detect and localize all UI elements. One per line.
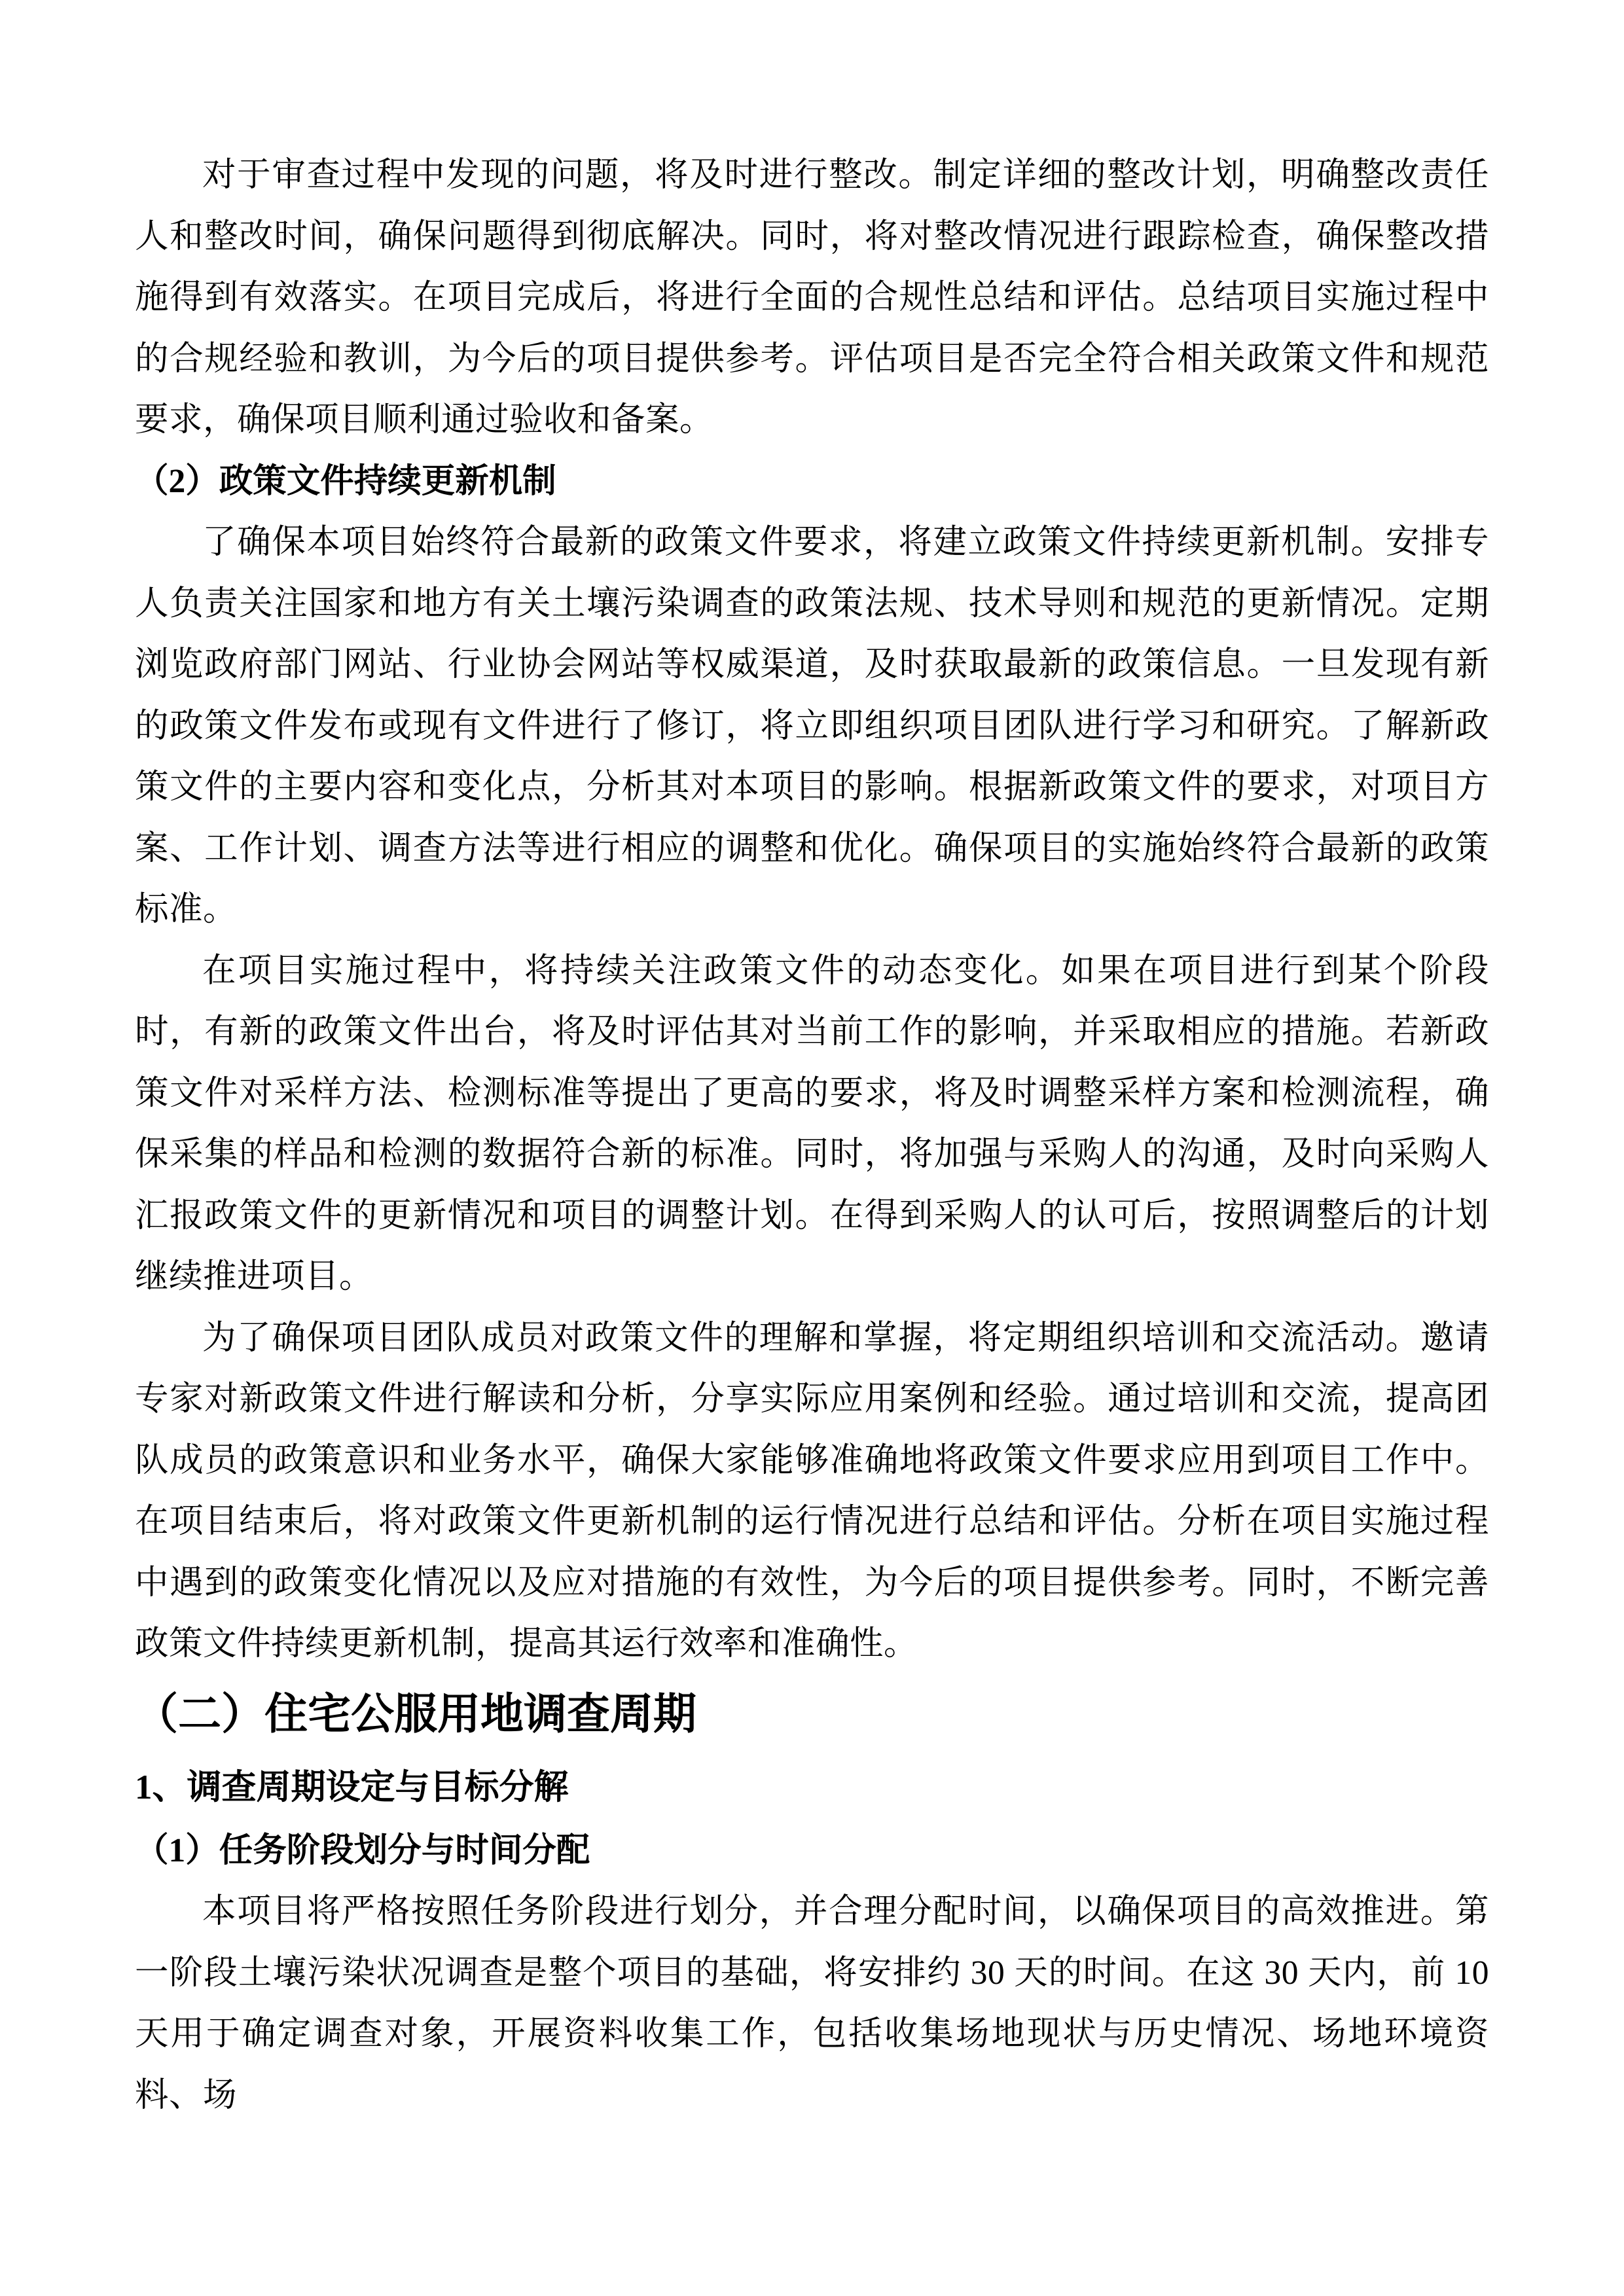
body-paragraph: 对于审查过程中发现的问题，将及时进行整改。制定详细的整改计划，明确整改责任人和整… — [135, 145, 1489, 451]
section-heading-level-4: （2）政策文件持续更新机制 — [135, 451, 1489, 512]
document-page: 对于审查过程中发现的问题，将及时进行整改。制定详细的整改计划，明确整改责任人和整… — [0, 0, 1624, 2296]
body-paragraph: 在项目实施过程中，将持续关注政策文件的动态变化。如果在项目进行到某个阶段时，有新… — [135, 941, 1489, 1308]
section-heading-level-3: 1、调查周期设定与目标分解 — [135, 1755, 1489, 1820]
body-paragraph: 了确保本项目始终符合最新的政策文件要求，将建立政策文件持续更新机制。安排专人负责… — [135, 512, 1489, 941]
document-content: 对于审查过程中发现的问题，将及时进行整改。制定详细的整改计划，明确整改责任人和整… — [135, 145, 1489, 2126]
section-heading-level-4: （1）任务阶段划分与时间分配 — [135, 1820, 1489, 1882]
section-heading-level-2: （二）住宅公服用地调查周期 — [135, 1675, 1489, 1755]
body-paragraph: 为了确保项目团队成员对政策文件的理解和掌握，将定期组织培训和交流活动。邀请专家对… — [135, 1308, 1489, 1675]
body-paragraph: 本项目将严格按照任务阶段进行划分，并合理分配时间，以确保项目的高效推进。第一阶段… — [135, 1881, 1489, 2126]
